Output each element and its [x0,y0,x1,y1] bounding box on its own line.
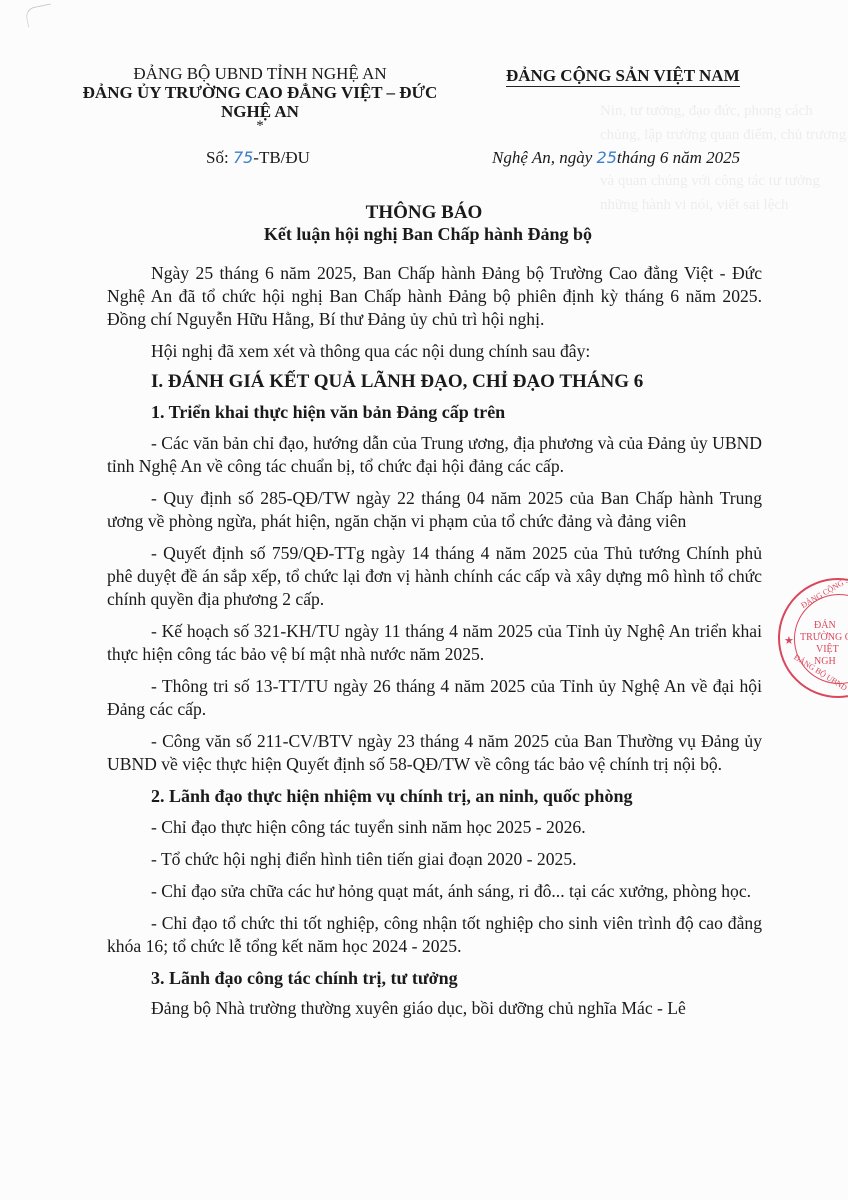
seal-line-2: TRƯỜNG C [800,632,848,643]
authority-line-1: ĐẢNG BỘ UBND TỈNH NGHỆ AN [80,64,440,83]
subsection-heading-1: 1. Triển khai thực hiện văn bản Đảng cấp… [107,401,762,424]
issuing-authority: ĐẢNG BỘ UBND TỈNH NGHỆ AN ĐẢNG ỦY TRƯỜNG… [80,64,440,131]
bleed-through-text: chủng, lập trường quan điểm, chủ trương [600,124,846,146]
handwritten-number: 75 [233,148,253,167]
list-item: - Quyết định số 759/QĐ-TTg ngày 14 tháng… [107,542,762,611]
issue-date: Nghệ An, ngày 25tháng 6 năm 2025 [492,148,740,168]
seal-line-1: ĐẢN [814,620,836,631]
list-item: - Kế hoạch số 321-KH/TU ngày 11 tháng 4 … [107,620,762,666]
list-item: - Quy định số 285-QĐ/TW ngày 22 tháng 04… [107,487,762,533]
document-page: Nin, tư tưởng, đạo đức, phong cách chủng… [0,0,848,1200]
number-suffix: -TB/ĐU [253,148,310,167]
bleed-through-text: Nin, tư tưởng, đạo đức, phong cách [600,100,813,122]
party-name: ĐẢNG CỘNG SẢN VIỆT NAM [506,66,740,86]
list-item: - Tổ chức hội nghị điển hình tiên tiến g… [107,848,762,871]
subsection-heading-3: 3. Lãnh đạo công tác chính trị, tư tưởng [107,967,762,990]
handwritten-day: 25 [597,148,617,167]
seal-star-icon: ★ [784,634,794,647]
star-separator: * [80,121,440,131]
authority-line-2: ĐẢNG ỦY TRƯỜNG CAO ĐẲNG VIỆT – ĐỨC [80,83,440,102]
date-prefix: Nghệ An, ngày [492,148,597,167]
document-body: Ngày 25 tháng 6 năm 2025, Ban Chấp hành … [107,262,762,1020]
official-seal-stamp: ĐẢNG CỘNG S ★ ĐẢN TRƯỜNG C VIỆT NGH ĐẢNG… [778,578,848,698]
party-name-text: ĐẢNG CỘNG SẢN VIỆT NAM [506,66,740,87]
review-paragraph: Hội nghị đã xem xét và thông qua các nội… [107,340,762,363]
paragraph-3: Đảng bộ Nhà trường thường xuyên giáo dục… [107,997,762,1020]
date-suffix: tháng 6 năm 2025 [617,148,740,167]
document-number: Số: 75-TB/ĐU [206,148,310,168]
list-item: - Chỉ đạo thực hiện công tác tuyển sinh … [107,816,762,839]
document-title: THÔNG BÁO [0,202,848,224]
section-heading-1: I. ĐÁNH GIÁ KẾT QUẢ LÃNH ĐẠO, CHỈ ĐẠO TH… [107,370,762,393]
list-item: - Thông tri số 13-TT/TU ngày 26 tháng 4 … [107,675,762,721]
number-prefix: Số: [206,148,233,167]
list-item: - Công văn số 211-CV/BTV ngày 23 tháng 4… [107,730,762,776]
list-item: - Chỉ đạo sửa chữa các hư hỏng quạt mát,… [107,880,762,903]
document-subtitle: Kết luận hội nghị Ban Chấp hành Đảng bộ [4,224,848,245]
bleed-through-text: và quan chúng với công tác tư tưởng [600,170,820,192]
list-item: - Chỉ đạo tổ chức thi tốt nghiệp, công n… [107,912,762,958]
corner-mark [24,3,54,27]
subsection-heading-2: 2. Lãnh đạo thực hiện nhiệm vụ chính trị… [107,785,762,808]
intro-paragraph: Ngày 25 tháng 6 năm 2025, Ban Chấp hành … [107,262,762,331]
seal-line-3: VIỆT [816,644,839,655]
list-item: - Các văn bản chỉ đạo, hướng dẫn của Tru… [107,432,762,478]
